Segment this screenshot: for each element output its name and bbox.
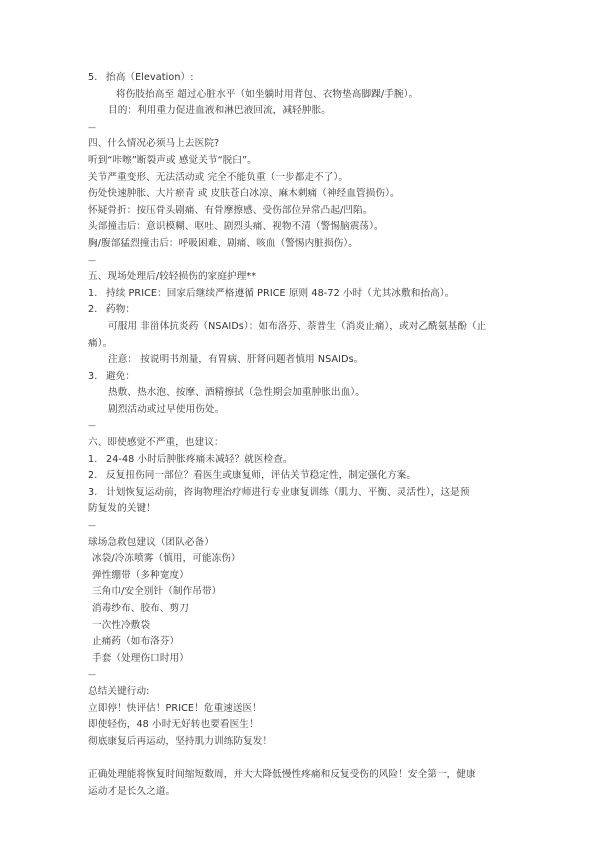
elevation-purpose: 目的：利用重力促进血液和淋巴液回流，减轻肿胀。 xyxy=(88,103,518,120)
elevation-detail: 将伤肢抬高至 超过心脏水平（如坐躺时用背包、衣物垫高脚踝/手腕）。 xyxy=(88,87,518,104)
kit-item: 三角巾/安全别针（制作吊带） xyxy=(88,584,518,601)
home-care-item-1: 1.持续 PRICE：回家后继续严格遵循 PRICE 原则 48-72 小时（尤… xyxy=(88,286,518,303)
separator: — xyxy=(88,667,518,684)
summary-item: 即使轻伤，48 小时无好转也要看医生！ xyxy=(88,717,518,734)
conclusion-line-2: 运动才是长久之道。 xyxy=(88,784,518,801)
summary-item: 立即停！快评估！PRICE！危重速送医！ xyxy=(88,701,518,718)
document-page: 5.抬高（Elevation）: 将伤肢抬高至 超过心脏水平（如坐躺时用背包、衣… xyxy=(88,70,518,800)
kit-item: 手套（处理伤口时用） xyxy=(88,651,518,668)
blank-line xyxy=(88,750,518,767)
advice-item: 1.24-48 小时后肿胀疼痛未减轻？就医检查。 xyxy=(88,452,518,469)
conclusion-line-1: 正确处理能将恢复时间缩短数周，并大大降低慢性疼痛和反复受伤的风险！安全第一，健康 xyxy=(88,767,518,784)
kit-item: 止痛药（如布洛芬） xyxy=(88,634,518,651)
advice-item: 3.计划恢复运动前，咨询物理治疗师进行专业康复训练（肌力、平衡、灵活性），这是预 xyxy=(88,485,518,502)
separator: — xyxy=(88,253,518,270)
medication-detail-cont: 痛）。 xyxy=(88,336,518,353)
advice-item-cont: 防复发的关键！ xyxy=(88,501,518,518)
hospital-item: 听到“咔嚓”断裂声或 感觉关节“脱臼”。 xyxy=(88,153,518,170)
hospital-heading: 四、什么情况必须马上去医院? xyxy=(88,136,518,153)
medication-note: 注意： 按说明书剂量，有胃病、肝肾问题者慎用 NSAIDs。 xyxy=(88,352,518,369)
kit-heading: 球场急救包建议（团队必备） xyxy=(88,535,518,552)
hospital-item: 怀疑骨折：按压骨头剧痛、有骨摩擦感、受伤部位异常凸起/凹陷。 xyxy=(88,203,518,220)
hospital-item: 头部撞击后：意识模糊、呕吐、剧烈头痛、视物不清（警惕脑震荡）。 xyxy=(88,219,518,236)
hospital-item: 胸/腹部猛烈撞击后：呼吸困难、剧痛、咳血（警惕内脏损伤）。 xyxy=(88,236,518,253)
home-care-heading: 五、现场处理后/较轻损伤的家庭护理** xyxy=(88,269,518,286)
home-care-item-2: 2.药物： xyxy=(88,302,518,319)
kit-item: 弹性绷带（多种宽度） xyxy=(88,568,518,585)
avoid-detail: 热敷、热水泡、按摩、酒精擦拭（急性期会加重肿胀出血）。 xyxy=(88,385,518,402)
separator: — xyxy=(88,120,518,137)
medication-detail: 可服用 非甾体抗炎药（NSAIDs）：如布洛芬、萘普生（消炎止痛），或对乙酰氨基… xyxy=(88,319,518,336)
kit-item: 冰袋/冷冻喷雾（慎用，可能冻伤） xyxy=(88,551,518,568)
kit-item: 消毒纱布、胶布、剪刀 xyxy=(88,601,518,618)
separator: — xyxy=(88,418,518,435)
hospital-item: 关节严重变形、无法活动或 完全不能负重（一步都走不了）。 xyxy=(88,170,518,187)
summary-heading: 总结关键行动: xyxy=(88,684,518,701)
elevation-title: 5.抬高（Elevation）: xyxy=(88,70,518,87)
advice-heading: 六、即使感觉不严重，也建议： xyxy=(88,435,518,452)
separator: — xyxy=(88,518,518,535)
summary-item: 彻底康复后再运动，坚持肌力训练防复发！ xyxy=(88,734,518,751)
kit-item: 一次性冷敷袋 xyxy=(88,618,518,635)
advice-item: 2.反复扭伤同一部位？看医生或康复师，评估关节稳定性，制定强化方案。 xyxy=(88,468,518,485)
home-care-item-3: 3.避免： xyxy=(88,369,518,386)
avoid-detail: 剧烈活动或过早使用伤处。 xyxy=(88,402,518,419)
hospital-item: 伤处快速肿胀、大片瘀青 或 皮肤苍白冰凉、麻木刺痛（神经血管损伤）。 xyxy=(88,186,518,203)
